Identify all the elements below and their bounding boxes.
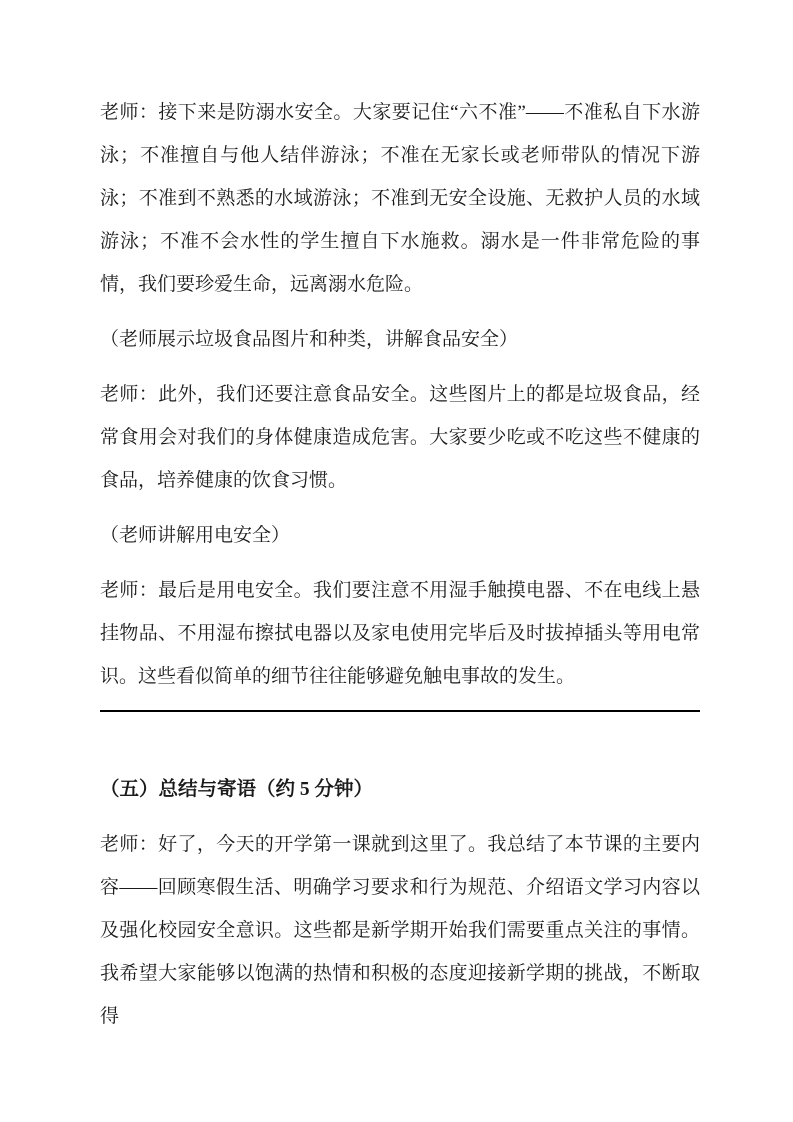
document-content: 老师：接下来是防溺水安全。大家要记住“六不准”——不准私自下水游泳；不准擅自与他… — [100, 91, 700, 1050]
section-divider — [100, 710, 700, 712]
stage-direction-electricity-safety: （老师讲解用电安全） — [100, 514, 700, 557]
paragraph-drowning-safety: 老师：接下来是防溺水安全。大家要记住“六不准”——不准私自下水游泳；不准擅自与他… — [100, 91, 700, 306]
section-heading-summary: （五）总结与寄语（约 5 分钟） — [100, 768, 700, 811]
paragraph-summary-closing: 老师：好了，今天的开学第一课就到这里了。我总结了本节课的主要内容——回顾寒假生活… — [100, 823, 700, 1038]
stage-direction-food-safety: （老师展示垃圾食品图片和种类，讲解食品安全） — [100, 318, 700, 361]
document-page: 老师：接下来是防溺水安全。大家要记住“六不准”——不准私自下水游泳；不准擅自与他… — [0, 0, 793, 1122]
paragraph-electricity-safety: 老师：最后是用电安全。我们要注意不用湿手触摸电器、不在电线上悬挂物品、不用湿布擦… — [100, 569, 700, 698]
paragraph-food-safety: 老师：此外，我们还要注意食品安全。这些图片上的都是垃圾食品，经常食用会对我们的身… — [100, 373, 700, 502]
